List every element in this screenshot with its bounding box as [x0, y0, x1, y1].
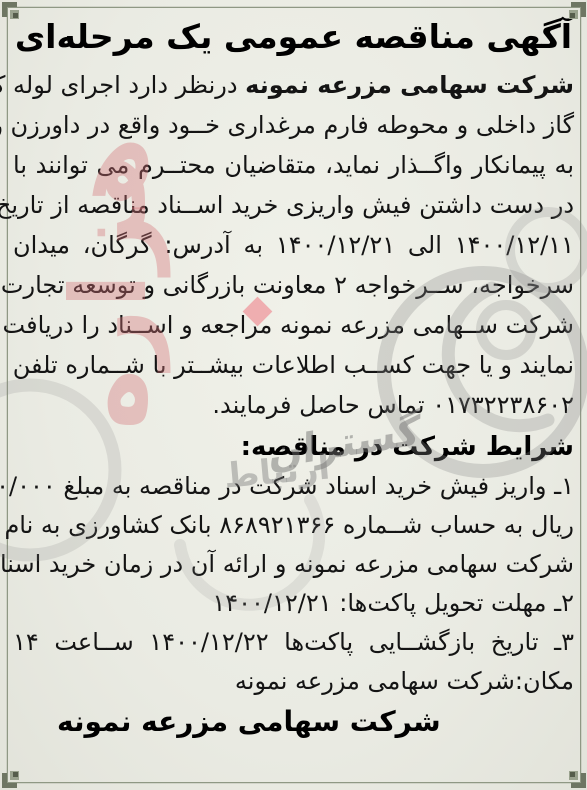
intro-line: به پیمانکار واگــذار نماید، متقاضیان محت… — [13, 145, 574, 185]
intro-line: نمایند و یا جهت کســب اطلاعات بیشــتر با… — [13, 345, 574, 385]
intro-paragraph: شرکت سهامی مزرعه نمونه درنظر دارد اجرای … — [13, 65, 574, 425]
corner-ornament-bottom-right — [565, 767, 587, 789]
page-title: آگهی مناقصه عمومی یک مرحله‌ای — [13, 16, 574, 57]
signature-company-name: شرکت سهامی مزرعه نمونه — [13, 701, 574, 743]
conditions-heading: شرایط شرکت در مناقصه: — [13, 427, 574, 467]
condition-item-1-line: ریال به حساب شــماره ۸۶۸۹۲۱۳۶۶ بانک کشاو… — [13, 506, 574, 545]
corner-ornament-bottom-left — [1, 767, 23, 789]
location-line: مکان:شرکت سهامی مزرعه نمونه — [13, 662, 574, 701]
condition-item-1-line: ۱ـ واریز فیش خرید اسناد شرکت در مناقصه ب… — [13, 467, 574, 506]
intro-line: در دست داشتن فیش واریزی خرید اســناد منا… — [13, 185, 574, 225]
intro-line-dates: ۱۴۰۰/۱۲/۱۱ الی ۱۴۰۰/۱۲/۲۱ به آدرس: گرگان… — [13, 225, 574, 265]
scanned-newspaper-page: آگهی مناقصه عمومی یک مرحله‌ای شرکت سهامی… — [0, 0, 587, 790]
intro-line-phone: ۰۱۷۳۲۲۳۸۶۰۲ تماس حاصل فرمایند. — [13, 385, 574, 425]
intro-line: سرخواجه، ســرخواجه ۲ معاونت بازرگانی و ت… — [13, 265, 574, 305]
corner-ornament-top-right — [565, 1, 587, 23]
intro-line: شرکت سهامی مزرعه نمونه درنظر دارد اجرای … — [13, 65, 574, 105]
intro-line-rest: درنظر دارد اجرای لوله کشی — [0, 71, 238, 99]
conditions-list: ۱ـ واریز فیش خرید اسناد شرکت در مناقصه ب… — [13, 467, 574, 701]
intro-line: شرکت ســهامی مزرعه نمونه مراجعه و اســنا… — [13, 305, 574, 345]
intro-line: گاز داخلی و محوطه فارم مرغداری خــود واق… — [13, 105, 574, 145]
condition-item-1-line: شرکت سهامی مزرعه نمونه و ارائه آن در زما… — [13, 545, 574, 584]
corner-ornament-top-left — [1, 1, 23, 23]
company-name-bold: شرکت سهامی مزرعه نمونه — [245, 71, 574, 99]
condition-item-2: ۲ـ مهلت تحویل پاکت‌ها: ۱۴۰۰/۱۲/۲۱ — [13, 584, 574, 623]
condition-item-3: ۳ـ تاریخ بازگشــایی پاکت‌ها ۱۴۰۰/۱۲/۲۲ س… — [13, 623, 574, 662]
